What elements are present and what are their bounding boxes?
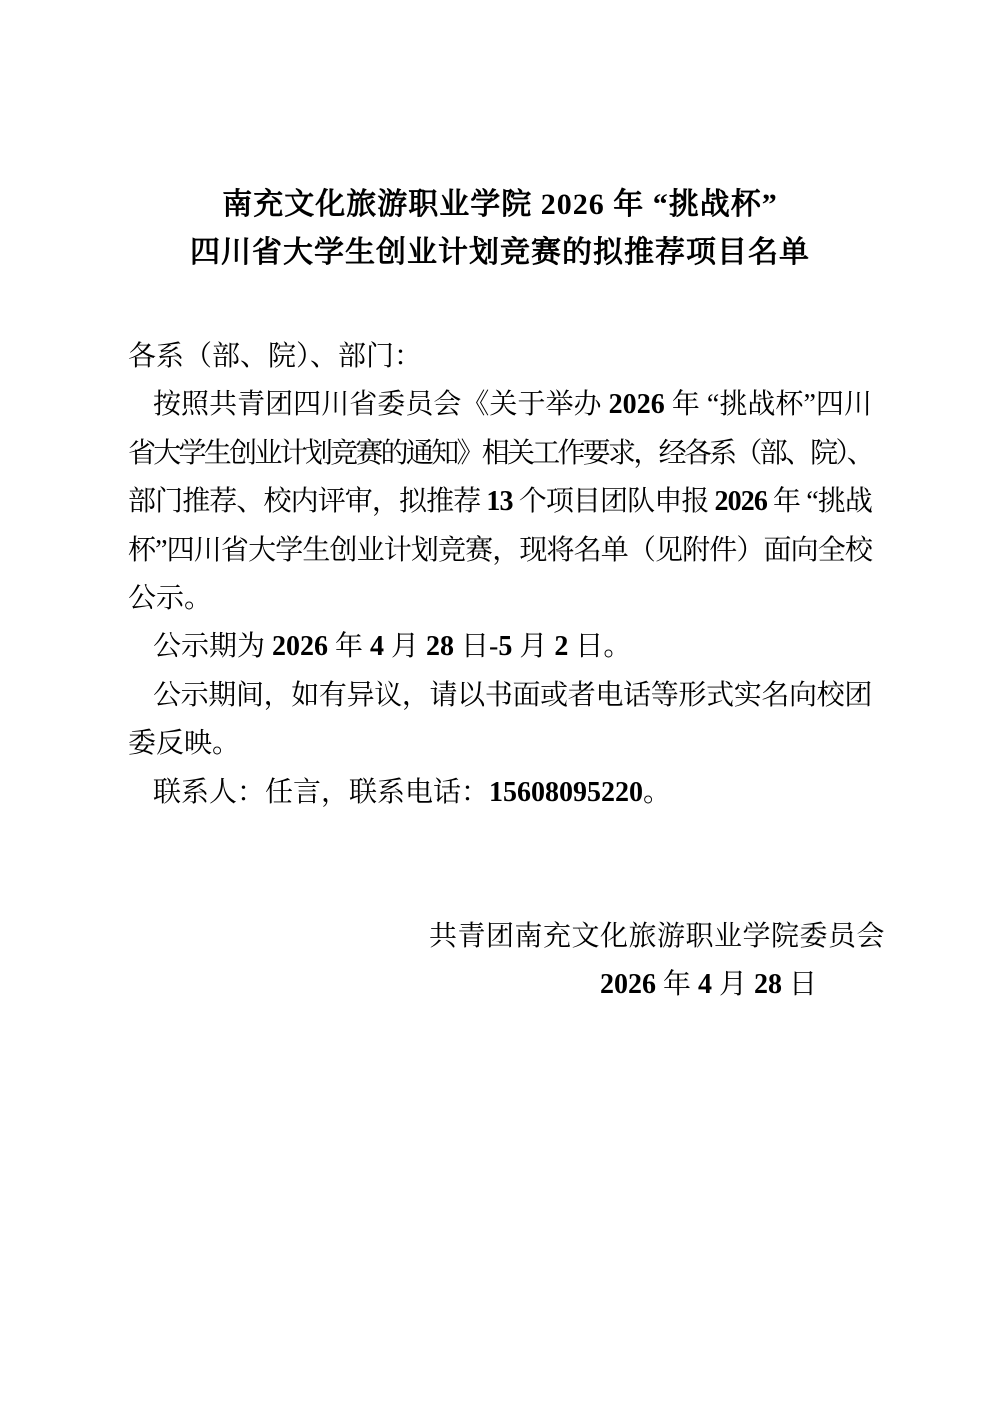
bold-text-segment: 28 [426, 631, 454, 662]
text-segment: 年 [328, 631, 370, 662]
document-title-line-1: 南充文化旅游职业学院 2026 年 “挑战杯” [0, 181, 1000, 229]
document-page: 南充文化旅游职业学院 2026 年 “挑战杯” 四川省大学生创业计划竞赛的拟推荐… [0, 0, 1000, 1415]
document-line: 公示。 [128, 575, 872, 623]
text-segment: 杯”四川省大学生创业计划竞赛，现将名单（见附件）面向全校 [128, 535, 872, 566]
bold-text-segment: 4 [370, 631, 384, 662]
text-segment: 公示期为 [153, 631, 272, 662]
signature-line: 共青团南充文化旅游职业学院委员会 [429, 913, 885, 961]
text-segment: 日- [454, 631, 498, 662]
document-body: 各系（部、院）、部门：按照共青团四川省委员会《关于举办 2026 年 “挑战杯”… [128, 333, 872, 817]
document-title-line-2: 四川省大学生创业计划竞赛的拟推荐项目名单 [0, 229, 1000, 277]
document-title: 南充文化旅游职业学院 2026 年 “挑战杯” 四川省大学生创业计划竞赛的拟推荐… [0, 181, 1000, 278]
text-segment: 省大学生创业计划竞赛的通知》相关工作要求，经各系（部、院）、 [128, 438, 872, 469]
text-segment: 年 [656, 969, 698, 1000]
text-segment: 日 [782, 969, 817, 1000]
document-line: 公示期间，如有异议，请以书面或者电话等形式实名向校团 [128, 672, 872, 720]
bold-text-segment: 2026 [609, 389, 665, 420]
bold-text-segment: 13 [486, 486, 512, 517]
document-line: 部门推荐、校内评审，拟推荐 13 个项目团队申报 2026 年 “挑战 [128, 478, 872, 526]
text-segment: 各系（部、院）、部门： [128, 341, 422, 372]
bold-text-segment: 5 [498, 631, 512, 662]
text-segment: 月 [712, 969, 754, 1000]
text-segment: 月 [384, 631, 426, 662]
bold-text-segment: 4 [698, 969, 712, 1000]
bold-text-segment: 2026 [272, 631, 328, 662]
text-segment: 部门推荐、校内评审，拟推荐 [128, 486, 486, 517]
bold-text-segment: 2026 [600, 969, 656, 1000]
text-segment: 公示期间，如有异议，请以书面或者电话等形式实名向校团 [153, 680, 872, 711]
text-segment: 年 “挑战杯”四川 [665, 389, 872, 420]
bold-text-segment: 15608095220 [489, 777, 643, 808]
bold-text-segment: 2026 [715, 486, 767, 517]
document-line: 省大学生创业计划竞赛的通知》相关工作要求，经各系（部、院）、 [128, 430, 872, 478]
text-segment: 联系人：任言，联系电话： [153, 777, 489, 808]
document-line: 公示期为 2026 年 4 月 28 日-5 月 2 日。 [128, 623, 872, 671]
document-line: 各系（部、院）、部门： [128, 333, 872, 381]
text-segment: 委反映。 [128, 728, 240, 759]
document-line: 杯”四川省大学生创业计划竞赛，现将名单（见附件）面向全校 [128, 527, 872, 575]
document-line: 联系人：任言，联系电话：15608095220。 [128, 769, 872, 817]
document-line: 委反映。 [128, 720, 872, 768]
date-line: 2026 年 4 月 28 日 [600, 961, 817, 1009]
text-segment: 日。 [568, 631, 631, 662]
text-segment: 。 [643, 777, 671, 808]
text-segment: 月 [512, 631, 554, 662]
text-segment: 按照共青团四川省委员会《关于举办 [153, 389, 609, 420]
text-segment: 年 “挑战 [767, 486, 872, 517]
text-segment: 个项目团队申报 [513, 486, 715, 517]
document-line: 按照共青团四川省委员会《关于举办 2026 年 “挑战杯”四川 [128, 381, 872, 429]
bold-text-segment: 2 [554, 631, 568, 662]
bold-text-segment: 28 [754, 969, 782, 1000]
text-segment: 公示。 [128, 583, 212, 614]
